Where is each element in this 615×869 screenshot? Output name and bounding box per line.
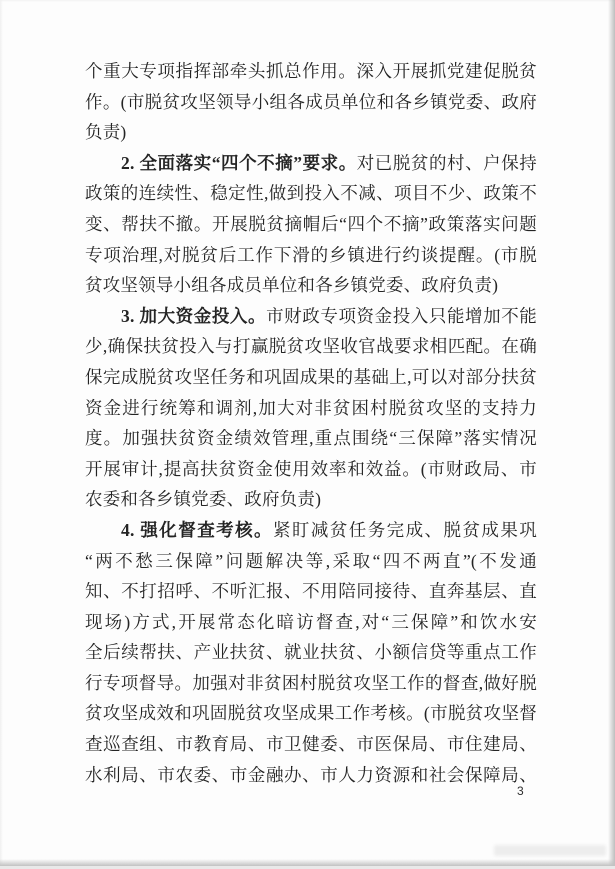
page-top-edge — [0, 0, 615, 2]
text-segment: 度。加强扶贫资金绩效管理,重点围绕“三保障”落实情况 — [85, 428, 537, 448]
text-line: 知、不打招呼、不听汇报、不用陪同接待、直奔基层、直插 — [85, 576, 537, 607]
text-segment-bold: 3. 加大资金投入。 — [121, 306, 266, 326]
text-segment: 变、帮扶不撤。开展脱贫摘帽后“四个不摘”政策落实问题 — [85, 214, 537, 234]
text-line: 水利局、市农委、市金融办、市人力资源和社会保障局、市 — [85, 760, 537, 791]
text-line: 保完成脱贫攻坚任务和巩固成果的基础上,可以对部分扶贫 — [85, 362, 537, 393]
text-segment: 全后续帮扶、产业扶贫、就业扶贫、小额信贷等重点工作进 — [85, 642, 537, 668]
text-line: 3. 加大资金投入。市财政专项资金投入只能增加不能减 — [85, 301, 537, 332]
text-line: 资金进行统筹和调剂,加大对非贫困村脱贫攻坚的支持力 — [85, 393, 537, 424]
page-number: 3 — [517, 784, 524, 798]
text-segment: “两不愁三保障”问题解决等,采取“四不两直”(不发通 — [85, 551, 537, 571]
text-segment: 少,确保扶贫投入与打赢脱贫攻坚收官战要求相匹配。在确 — [85, 336, 537, 356]
text-line: 现场)方式,开展常态化暗访督查,对“三保障”和饮水安 — [85, 607, 537, 638]
text-line: 个重大专项指挥部牵头抓总作用。深入开展抓党建促脱贫工 — [85, 56, 537, 87]
text-segment: 个重大专项指挥部牵头抓总作用。深入开展抓党建促脱贫工 — [85, 61, 537, 87]
text-segment: 行专项督导。加强对非贫困村脱贫攻坚工作的督查,做好脱 — [85, 673, 537, 693]
text-segment: 现场)方式,开展常态化暗访督查,对“三保障”和饮水安 — [85, 612, 537, 632]
text-line: 2. 全面落实“四个不摘”要求。对已脱贫的村、户保持 — [85, 148, 537, 179]
text-segment: 保完成脱贫攻坚任务和巩固成果的基础上,可以对部分扶贫 — [85, 367, 537, 387]
text-segment: 对已脱贫的村、户保持 — [357, 153, 537, 173]
page-right-edge — [608, 0, 615, 869]
text-segment: 开展审计,提高扶贫资金使用效率和效益。(市财政局、市 — [85, 459, 537, 479]
text-segment: 贫攻坚成效和巩固脱贫攻坚成果工作考核。(市脱贫攻坚督 — [85, 703, 537, 723]
text-line: 行专项督导。加强对非贫困村脱贫攻坚工作的督查,做好脱 — [85, 668, 537, 699]
text-line: 农委和各乡镇党委、政府负责) — [85, 484, 537, 515]
text-segment: 负责) — [85, 122, 126, 142]
text-segment: 贫攻坚领导小组各成员单位和各乡镇党委、政府负责) — [85, 275, 498, 295]
text-line: 全后续帮扶、产业扶贫、就业扶贫、小额信贷等重点工作进 — [85, 637, 537, 668]
text-line: 度。加强扶贫资金绩效管理,重点围绕“三保障”落实情况 — [85, 423, 537, 454]
text-line: 贫攻坚成效和巩固脱贫攻坚成果工作考核。(市脱贫攻坚督 — [85, 698, 537, 729]
text-line: 查巡查组、市教育局、市卫健委、市医保局、市住建局、市 — [85, 729, 537, 760]
text-segment: 知、不打招呼、不听汇报、不用陪同接待、直奔基层、直插 — [85, 581, 537, 607]
text-line: 政策的连续性、稳定性,做到投入不减、项目不少、政策不 — [85, 178, 537, 209]
text-line: 变、帮扶不撤。开展脱贫摘帽后“四个不摘”政策落实问题 — [85, 209, 537, 240]
text-segment: 农委和各乡镇党委、政府负责) — [85, 489, 321, 509]
text-line: 开展审计,提高扶贫资金使用效率和效益。(市财政局、市 — [85, 454, 537, 485]
text-line: 少,确保扶贫投入与打赢脱贫攻坚收官战要求相匹配。在确 — [85, 331, 537, 362]
text-line: 负责) — [85, 117, 537, 148]
text-segment: 政策的连续性、稳定性,做到投入不减、项目不少、政策不 — [85, 183, 537, 203]
text-segment: 专项治理,对脱贫后工作下滑的乡镇进行约谈提醒。(市脱 — [85, 245, 537, 265]
document-body-text: 个重大专项指挥部牵头抓总作用。深入开展抓党建促脱贫工作。(市脱贫攻坚领导小组各成… — [85, 56, 537, 790]
text-segment-bold: 4. 强化督查考核。 — [121, 520, 273, 540]
text-segment: 资金进行统筹和调剂,加大对非贫困村脱贫攻坚的支持力 — [85, 398, 537, 418]
text-segment-bold: 2. 全面落实“四个不摘”要求。 — [121, 153, 357, 173]
page-left-edge — [0, 0, 3, 869]
text-segment: 水利局、市农委、市金融办、市人力资源和社会保障局、市 — [85, 765, 537, 791]
text-line: 贫攻坚领导小组各成员单位和各乡镇党委、政府负责) — [85, 270, 537, 301]
text-line: 作。(市脱贫攻坚领导小组各成员单位和各乡镇党委、政府 — [85, 87, 537, 118]
text-line: 专项治理,对脱贫后工作下滑的乡镇进行约谈提醒。(市脱 — [85, 240, 537, 271]
document-page: 个重大专项指挥部牵头抓总作用。深入开展抓党建促脱贫工作。(市脱贫攻坚领导小组各成… — [0, 0, 615, 869]
text-line: 4. 强化督查考核。紧盯减贫任务完成、脱贫成果巩固、 — [85, 515, 537, 546]
watermark-smudge — [494, 845, 606, 856]
text-segment: 作。(市脱贫攻坚领导小组各成员单位和各乡镇党委、政府 — [85, 92, 537, 112]
text-segment: 查巡查组、市教育局、市卫健委、市医保局、市住建局、市 — [85, 734, 537, 760]
text-line: “两不愁三保障”问题解决等,采取“四不两直”(不发通 — [85, 546, 537, 577]
page-bottom-edge — [0, 859, 615, 866]
